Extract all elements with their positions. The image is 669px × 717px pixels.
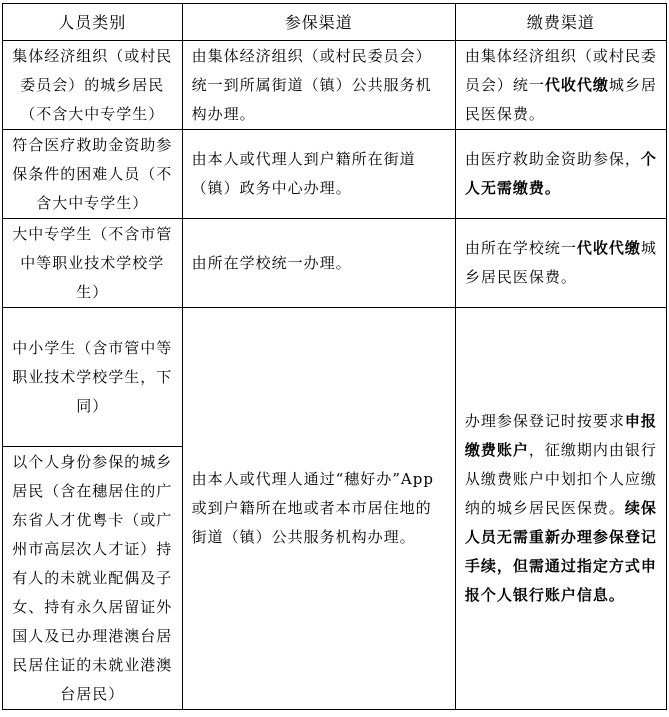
header-enrollment-channel: 参保渠道 [182,4,455,41]
payment-text: 由所在学校统一 [465,239,577,257]
table-row: 集体经济组织（或村民委员会）的城乡居民（不含大中专学生） 由集体经济组织（或村民… [3,41,667,130]
header-category: 人员类别 [3,4,183,41]
payment-cell: 由医疗救助金资助参保，个人无需缴费。 [455,130,666,219]
table-header-row: 人员类别 参保渠道 缴费渠道 [3,4,667,41]
payment-cell: 由所在学校统一代收代缴城乡居民医保费。 [455,219,666,308]
enrollment-cell: 由本人或代理人到户籍所在街道（镇）政务中心办理。 [182,130,455,219]
enrollment-cell: 由所在学校统一办理。 [182,219,455,308]
payment-text: 由医疗救助金资助参保， [465,150,641,168]
category-cell: 集体经济组织（或村民委员会）的城乡居民（不含大中专学生） [3,41,183,130]
insurance-channels-table: 人员类别 参保渠道 缴费渠道 集体经济组织（或村民委员会）的城乡居民（不含大中专… [2,3,667,710]
payment-emphasis: 代收代缴 [545,76,609,94]
enrollment-cell: 由集体经济组织（或村民委员会）统一到所属街道（镇）公共服务机构办理。 [182,41,455,130]
category-cell: 大中专学生（不含市管中等职业技术学校学生） [3,219,183,308]
category-cell: 以个人身份参保的城乡居民（含在穗居住的广东省人才优粤卡（或广州市高层次人才证）持… [3,447,183,710]
header-payment-channel: 缴费渠道 [455,4,666,41]
table-row: 符合医疗救助金资助参保条件的困难人员（不含大中专学生） 由本人或代理人到户籍所在… [3,130,667,219]
table-row: 大中专学生（不含市管中等职业技术学校学生） 由所在学校统一办理。 由所在学校统一… [3,219,667,308]
payment-cell: 办理参保登记时按要求申报缴费账户，征缴期内由银行从缴费账户中划扣个人应缴纳的城乡… [455,308,666,710]
enrollment-cell: 由本人或代理人通过“穗好办”App或到户籍所在地或者本市居住地的街道（镇）公共服… [182,308,455,710]
table-row: 中小学生（含市管中等职业技术学校学生，下同） 由本人或代理人通过“穗好办”App… [3,308,667,447]
payment-text: 。 [545,179,561,197]
payment-cell: 由集体经济组织（或村民委员会）统一代收代缴城乡居民医保费。 [455,41,666,130]
category-cell: 符合医疗救助金资助参保条件的困难人员（不含大中专学生） [3,130,183,219]
payment-text: 办理参保登记时按要求 [465,412,625,430]
payment-emphasis: 代收代缴 [577,239,641,257]
category-cell: 中小学生（含市管中等职业技术学校学生，下同） [3,308,183,447]
